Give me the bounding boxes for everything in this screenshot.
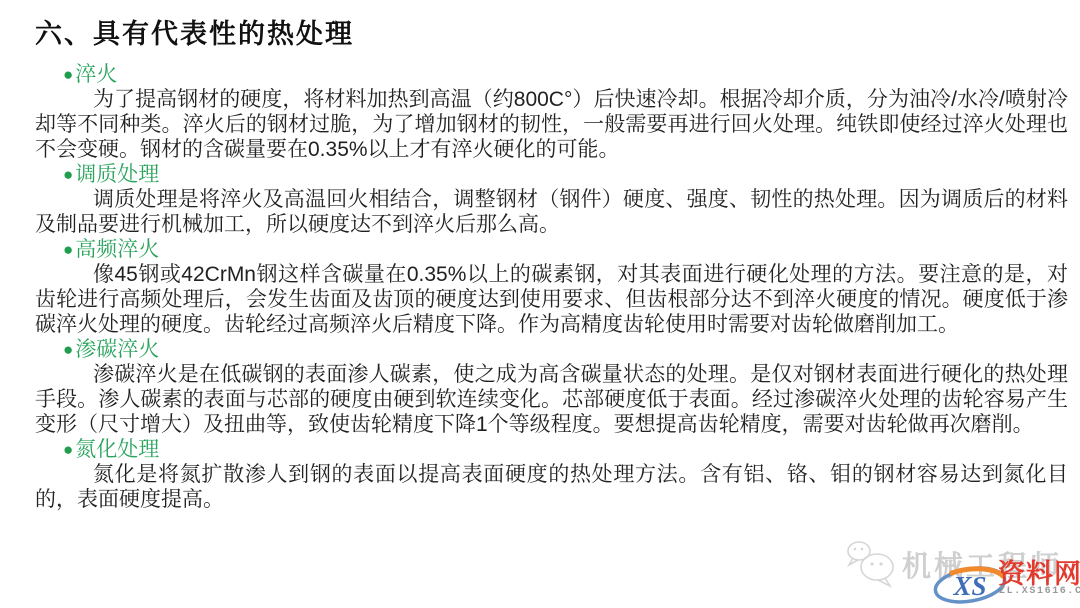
section-heading-label: 氮化处理 [75, 438, 159, 461]
section-heading: ●渗碳淬火 [63, 337, 1068, 362]
wechat-logo-icon [844, 538, 902, 595]
section-nitriding: ●氮化处理 氮化是将氮扩散渗人到钢的表面以提高表面硬度的热处理方法。含有铝、铬、… [35, 437, 1068, 512]
branding-area: 机械工程师 XS 资料网 ZL.XS1616.COM [830, 536, 1080, 608]
svg-text:XS: XS [952, 571, 986, 601]
section-heading-label: 淬火 [75, 63, 117, 86]
section-heading-label: 渗碳淬火 [75, 338, 159, 361]
page-title: 六、具有代表性的热处理 [35, 12, 354, 51]
slide: 六、具有代表性的热处理 ●淬火 为了提高钢材的硬度，将材料加热到高温（约800C… [0, 0, 1080, 608]
section-heading: ●调质处理 [63, 162, 1068, 187]
watermark-site-url: ZL.XS1616.COM [999, 586, 1080, 597]
section-body-text: 像45钢或42CrMn钢这样含碳量在0.35%以上的碳素钢，对其表面进行硬化处理… [35, 262, 1068, 337]
bullet-icon: ● [63, 237, 73, 262]
content-area: ●淬火 为了提高钢材的硬度，将材料加热到高温（约800C°）后快速冷却。根据冷却… [35, 62, 1068, 512]
section-quenching: ●淬火 为了提高钢材的硬度，将材料加热到高温（约800C°）后快速冷却。根据冷却… [35, 62, 1068, 162]
section-heading: ●淬火 [63, 62, 1068, 87]
section-heading-label: 高频淬火 [75, 238, 159, 261]
section-heading: ●氮化处理 [63, 437, 1068, 462]
bullet-icon: ● [63, 62, 73, 87]
section-body-text: 为了提高钢材的硬度，将材料加热到高温（约800C°）后快速冷却。根据冷却介质，分… [35, 87, 1068, 162]
section-body-text: 调质处理是将淬火及高温回火相结合，调整钢材（钢件）硬度、强度、韧性的热处理。因为… [35, 187, 1068, 237]
bullet-icon: ● [63, 162, 73, 187]
section-induction-hardening: ●高频淬火 像45钢或42CrMn钢这样含碳量在0.35%以上的碳素钢，对其表面… [35, 237, 1068, 337]
section-heading: ●高频淬火 [63, 237, 1068, 262]
section-quench-temper: ●调质处理 调质处理是将淬火及高温回火相结合，调整钢材（钢件）硬度、强度、韧性的… [35, 162, 1068, 237]
section-heading-label: 调质处理 [75, 163, 159, 186]
bullet-icon: ● [63, 437, 73, 462]
section-body-text: 氮化是将氮扩散渗人到钢的表面以提高表面硬度的热处理方法。含有铝、铬、钼的钢材容易… [35, 462, 1068, 512]
bullet-icon: ● [63, 337, 73, 362]
section-body-text: 渗碳淬火是在低碳钢的表面渗人碳素，使之成为高含碳量状态的处理。是仅对钢材表面进行… [35, 362, 1068, 437]
section-carburizing: ●渗碳淬火 渗碳淬火是在低碳钢的表面渗人碳素，使之成为高含碳量状态的处理。是仅对… [35, 337, 1068, 437]
